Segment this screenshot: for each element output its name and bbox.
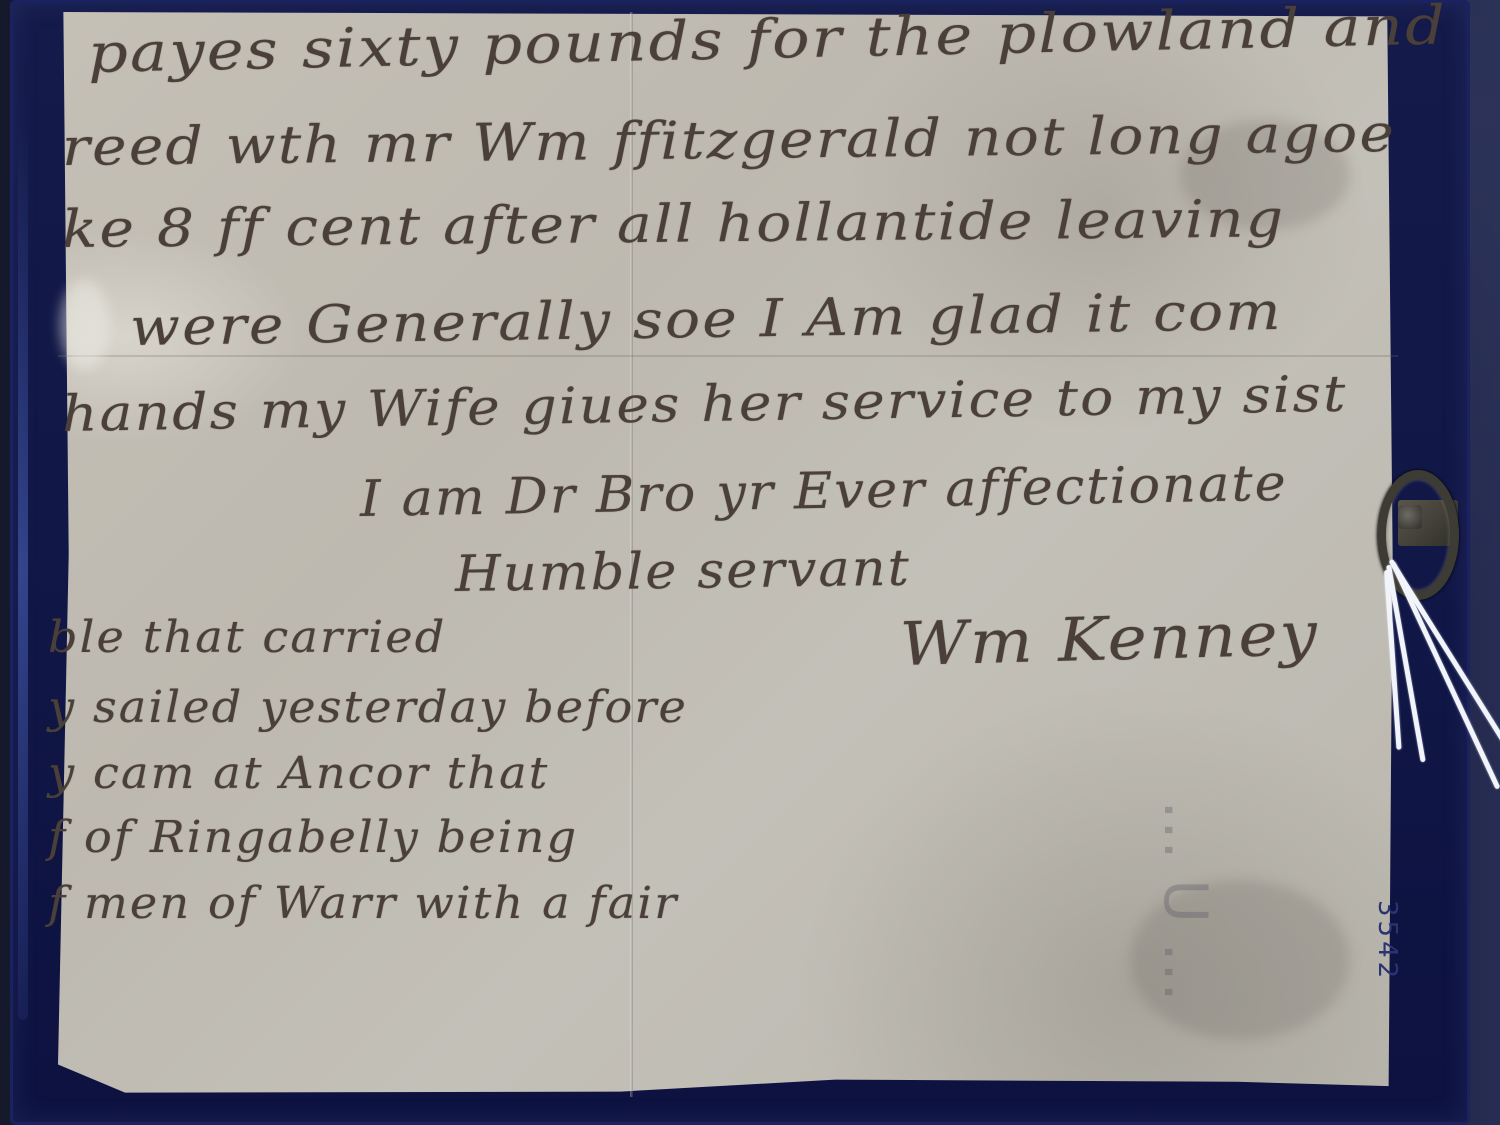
closing-line-2: Humble servant	[455, 539, 912, 603]
signature: Wm Kenney	[899, 599, 1320, 680]
postscript-line-2: y sailed yesterday before	[48, 682, 688, 733]
catalogue-number: 3542	[1372, 900, 1402, 982]
letter-line-3: ke 8 ff cent after all hollantide leavin…	[62, 189, 1286, 260]
postscript-line-5: f men of Warr with a fair	[48, 878, 678, 929]
faint-show-through: … U …	[1150, 800, 1220, 1002]
postscript-line-4: f of Ringabelly being	[48, 812, 578, 863]
frame-edge-highlight	[18, 120, 28, 1020]
postscript-line-1: ble that carried	[48, 612, 446, 663]
postscript-line-3: y cam at Ancor that	[48, 748, 549, 799]
paper-worn-patch	[60, 280, 110, 370]
